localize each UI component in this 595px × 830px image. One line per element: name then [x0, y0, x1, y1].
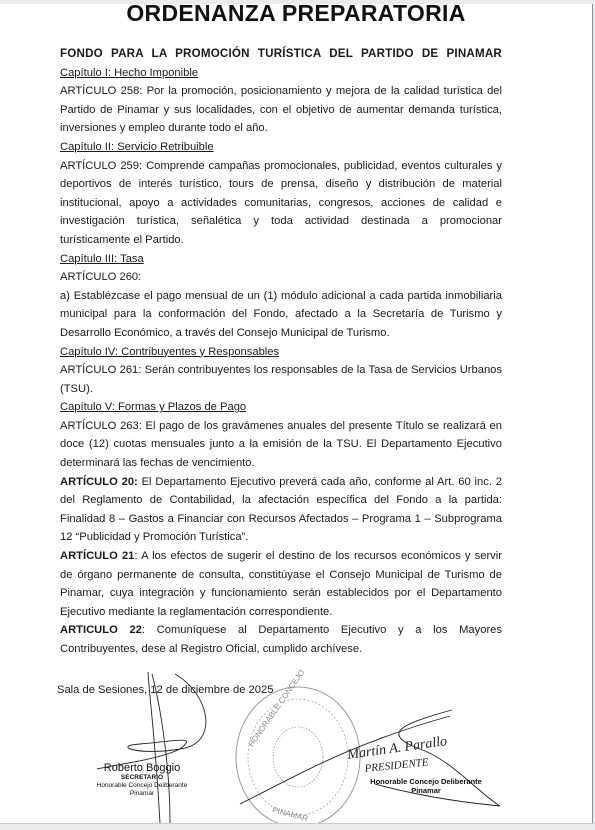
- svg-text:PRESIDENTE: PRESIDENTE: [363, 756, 429, 775]
- document-page: ORDENANZA PREPARATORIA FONDO PARA LA PRO…: [0, 4, 593, 823]
- article-paragraph: ARTICULO 22: Comuníquese al Departamento…: [60, 621, 502, 658]
- chapter-heading: Capítulo IV: Contribuyentes y Responsabl…: [60, 343, 502, 362]
- signature-block-president: Honorable Concejo Deliberante Pinamar: [370, 777, 482, 795]
- article-paragraph: ARTÍCULO 263: El pago de los gravámenes …: [60, 417, 502, 473]
- document-body: FONDO PARA LA PROMOCIÓN TURÍSTICA DEL PA…: [60, 44, 502, 659]
- article-paragraph: ARTÍCULO 20: El Departamento Ejecutivo p…: [60, 473, 502, 547]
- signer-role: SECRETARIO: [82, 774, 202, 782]
- viewer-bottom-edge: [0, 823, 595, 830]
- article-paragraph: ARTÍCULO 21: A los efectos de sugerir el…: [60, 547, 502, 621]
- article-paragraph: a) Establézcase el pago mensual de un (1…: [60, 287, 502, 343]
- document-title: ORDENANZA PREPARATORIA: [0, 4, 592, 27]
- fund-title: FONDO PARA LA PROMOCIÓN TURÍSTICA DEL PA…: [60, 45, 502, 64]
- chapter-heading: Capítulo V: Formas y Plazos de Pago: [60, 398, 502, 417]
- signer-org: Honorable Concejo Deliberante: [370, 777, 482, 786]
- signature-block-secretary: Roberto Boggio SECRETARIO Honorable Conc…: [82, 762, 202, 798]
- article-paragraph: ARTÍCULO 258: Por la promoción, posicion…: [60, 82, 502, 138]
- signer-city: Pinamar: [82, 790, 202, 798]
- signer-city: Pinamar: [370, 786, 482, 795]
- signer-org: Honorable Concejo Deliberante: [82, 782, 202, 790]
- article-label: ARTICULO 22: [60, 624, 142, 636]
- article-label: ARTÍCULO 21: [60, 550, 134, 562]
- chapter-heading: Capítulo II: Servicio Retribuible: [60, 138, 502, 157]
- place-date: Sala de Sesiones, 12 de diciembre de 202…: [57, 684, 273, 696]
- article-paragraph: ARTÍCULO 261: Serán contribuyentes los r…: [60, 361, 502, 398]
- article-paragraph: ARTÍCULO 260:: [60, 268, 502, 287]
- article-paragraph: ARTÍCULO 259: Comprende campañas promoci…: [60, 157, 502, 250]
- article-label: ARTÍCULO 20:: [60, 476, 138, 488]
- sections-container: Capítulo I: Hecho ImponibleARTÍCULO 258:…: [60, 64, 502, 659]
- chapter-heading: Capítulo I: Hecho Imponible: [60, 64, 502, 83]
- svg-text:PINAMAR: PINAMAR: [271, 805, 309, 823]
- signer-name: Roberto Boggio: [82, 762, 202, 774]
- svg-text:HONORABLE CONCEJO: HONORABLE CONCEJO: [247, 668, 307, 748]
- chapter-heading: Capítulo III: Tasa: [60, 250, 502, 269]
- svg-text:Martín A. Parallo: Martín A. Parallo: [345, 734, 448, 763]
